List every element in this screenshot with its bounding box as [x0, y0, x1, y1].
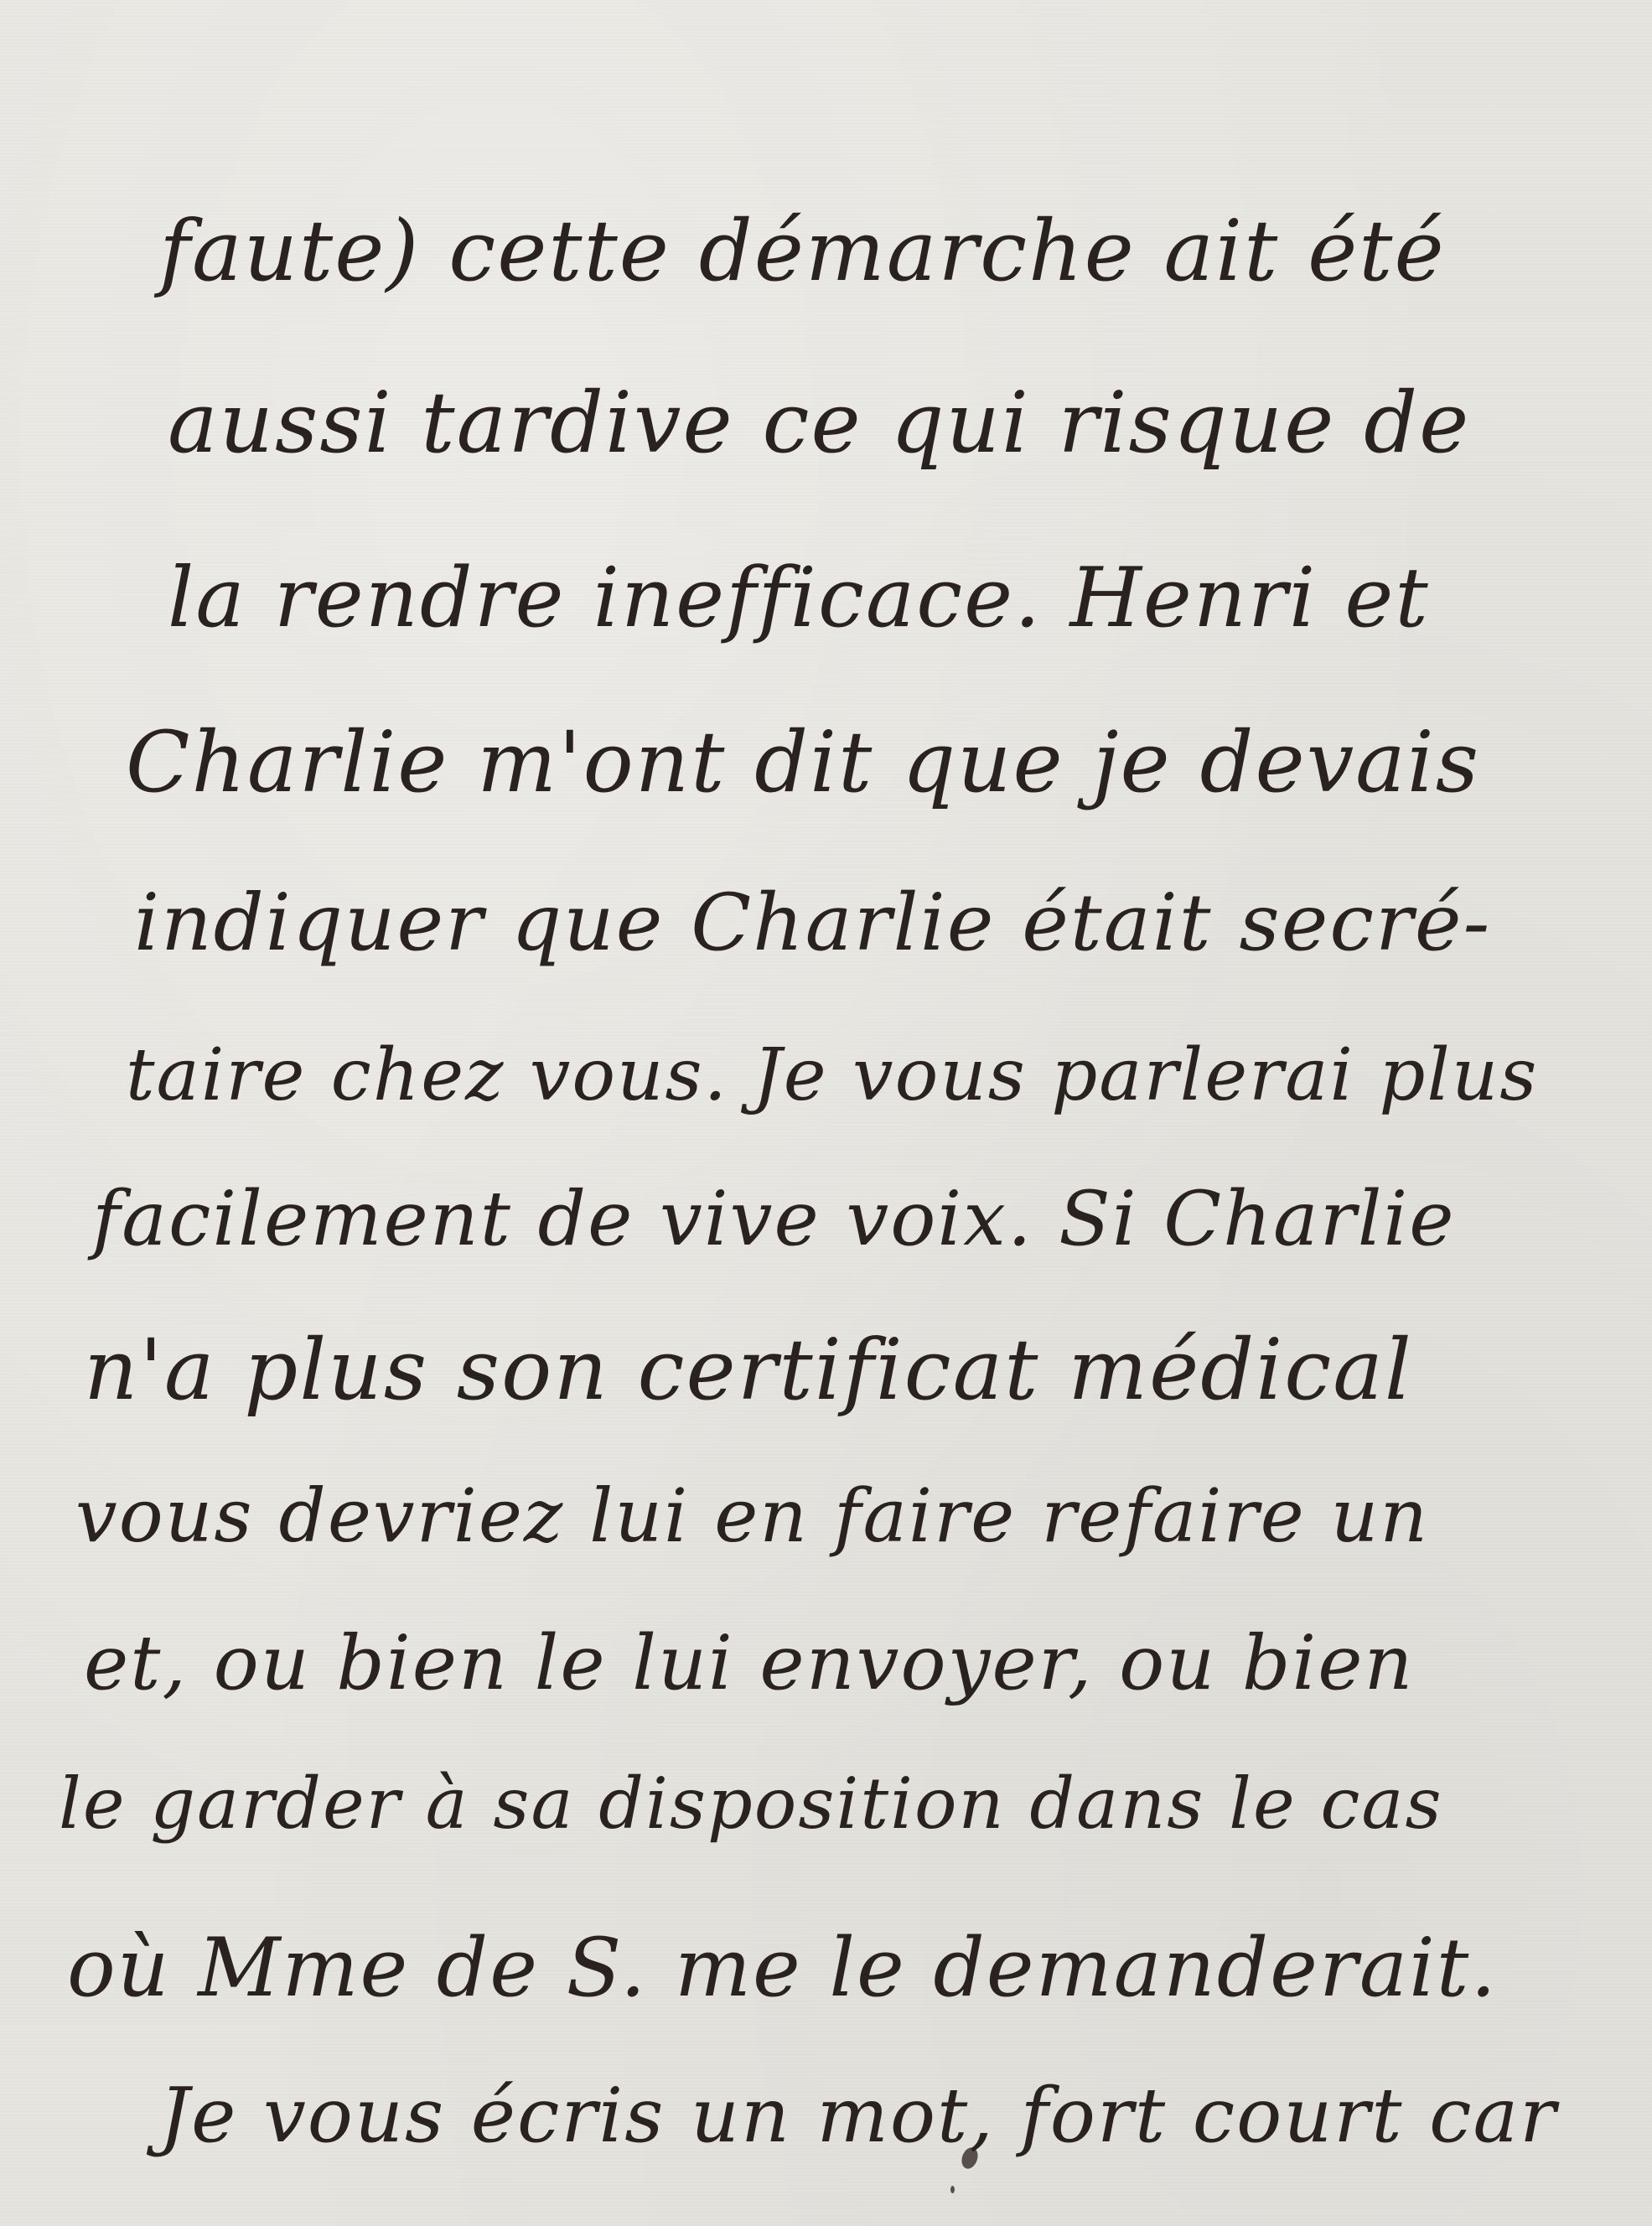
manuscript-line-3: la rendre inefficace. Henri et: [168, 557, 1430, 639]
ink-speck: [950, 2186, 955, 2193]
manuscript-line-4: Charlie m'ont dit que je devais: [126, 721, 1480, 805]
manuscript-line-9: vous devriez lui en faire refaire un: [75, 1479, 1429, 1553]
manuscript-page: faute) cette démarche ait été aussi tard…: [0, 0, 1652, 2226]
manuscript-line-5: indiquer que Charlie était secré-: [134, 884, 1491, 963]
manuscript-line-11: le garder à sa disposition dans le cas: [59, 1768, 1443, 1839]
manuscript-line-8: n'a plus son certificat médical: [84, 1328, 1413, 1412]
manuscript-line-10: et, ou bien le lui envoyer, ou bien: [84, 1626, 1415, 1701]
manuscript-line-1: faute) cette démarche ait été: [159, 210, 1446, 293]
manuscript-line-6: taire chez vous. Je vous parlerai plus: [126, 1039, 1538, 1111]
manuscript-line-13: Je vous écris un mot, fort court car: [159, 2078, 1557, 2154]
manuscript-line-7: facilement de vive voix. Si Charlie: [92, 1182, 1456, 1257]
manuscript-line-12: où Mme de S. me le demanderait.: [67, 1928, 1498, 2008]
manuscript-line-2: aussi tardive ce qui risque de: [168, 381, 1470, 465]
